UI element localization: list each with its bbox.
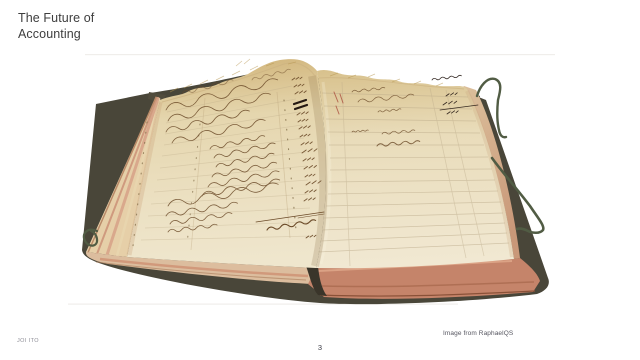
ledger-photo: [0, 0, 640, 360]
ledger-figure: [0, 0, 640, 360]
page-number: 3: [0, 343, 640, 352]
photo-top-edge: [85, 54, 555, 55]
presentation-slide: The Future of Accounting: [0, 0, 640, 360]
image-credit: Image from RaphaelQS: [443, 330, 513, 337]
photo-bottom-edge: [68, 304, 458, 305]
